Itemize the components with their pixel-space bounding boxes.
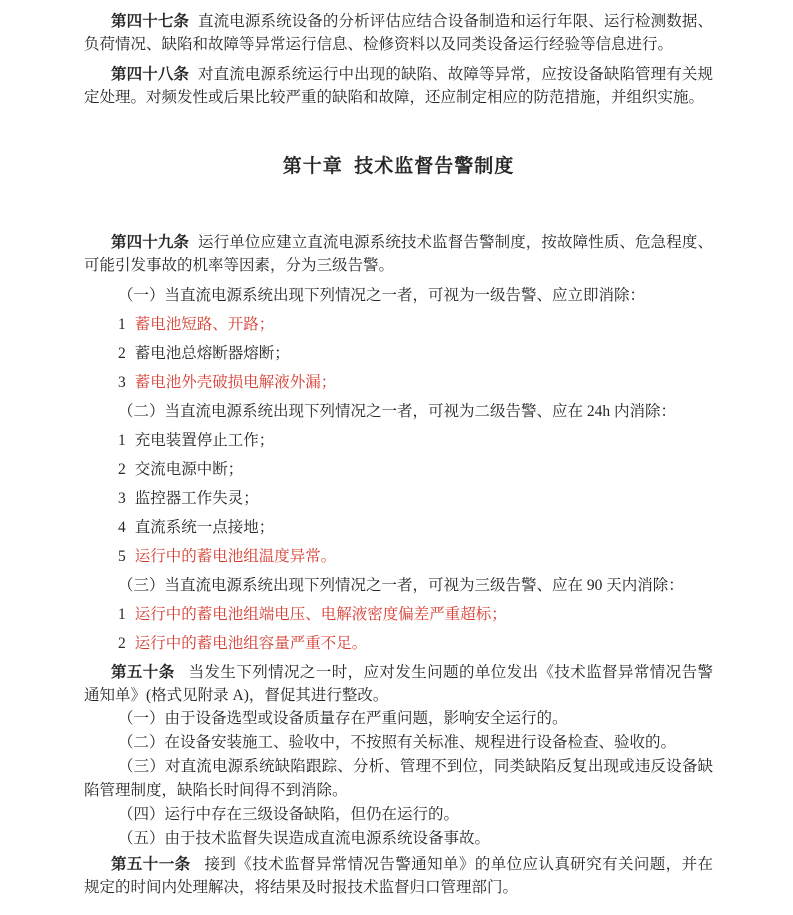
item-number: 5 [118,548,126,565]
article-50-sub-item-1: （一）由于设备选型或设备质量存在严重问题，影响安全运行的。 [84,707,713,731]
article-50-text: 当发生下列情况之一时，应对发生问题的单位发出《技术监督异常情况告警通知单》(格式… [84,664,713,704]
alert-level-3-intro: （三）当直流电源系统出现下列情况之一者，可视为三级告警、应在 90 天内消除： [84,574,713,597]
item-number: 1 [118,316,126,333]
alert-level-1-item-1: 1蓄电池短路、开路； [84,313,713,336]
item-number: 1 [118,432,126,449]
alert-level-2-item-4: 4直流系统一点接地； [84,516,713,539]
alert-level-3-item-1: 1运行中的蓄电池组端电压、电解液密度偏差严重超标； [84,603,713,626]
item-text: 蓄电池总熔断器熔断； [135,345,290,362]
alert-level-2-intro: （二）当直流电源系统出现下列情况之一者，可视为二级告警、应在 24h 内消除： [84,400,713,423]
alert-level-1-intro: （一）当直流电源系统出现下列情况之一者，可视为一级告警、应立即消除： [84,284,713,307]
item-text: 运行中的蓄电池组端电压、电解液密度偏差严重超标； [135,606,507,623]
article-47-paragraph: 第四十七条直流电源系统设备的分析评估应结合设备制造和运行年限、运行检测数据、负荷… [84,10,713,56]
alert-level-2-item-2: 2交流电源中断； [84,458,713,481]
article-48-paragraph: 第四十八条对直流电源系统运行中出现的缺陷、故障等异常，应按设备缺陷管理有关规定处… [84,63,713,109]
item-number: 3 [118,374,126,391]
item-number: 2 [118,635,126,652]
alert-level-2-item-5: 5运行中的蓄电池组温度异常。 [84,545,713,568]
alert-level-1-item-3: 3蓄电池外壳破损电解液外漏； [84,371,713,394]
item-text: 监控器工作失灵； [135,490,259,507]
item-text: 充电装置停止工作； [135,432,275,449]
item-text: 蓄电池短路、开路； [135,316,275,333]
item-text: 蓄电池外壳破损电解液外漏； [135,374,337,391]
item-number: 2 [118,345,126,362]
chapter-10-heading: 第十章 技术监督告警制度 [84,155,713,179]
article-49-label: 第四十九条 [111,234,189,251]
article-51-label: 第五十一条 [111,856,191,873]
article-50-paragraph: 第五十条当发生下列情况之一时，应对发生问题的单位发出《技术监督异常情况告警通知单… [84,661,713,707]
article-49-paragraph: 第四十九条运行单位应建立直流电源系统技术监督告警制度，按故障性质、危急程度、可能… [84,231,713,277]
item-number: 4 [118,519,126,536]
item-number: 2 [118,461,126,478]
item-number: 3 [118,490,126,507]
item-text: 交流电源中断； [135,461,244,478]
article-50-sub-item-3: （三）对直流电源系统缺陷跟踪、分析、管理不到位，同类缺陷反复出现或违反设备缺陷管… [84,755,713,803]
article-47-label: 第四十七条 [111,13,189,30]
article-48-label: 第四十八条 [111,66,189,83]
alert-level-2-item-1: 1充电装置停止工作； [84,429,713,452]
alert-level-1-item-2: 2蓄电池总熔断器熔断； [84,342,713,365]
article-50-label: 第五十条 [111,664,175,681]
alert-level-2-item-3: 3监控器工作失灵； [84,487,713,510]
article-50-sub-item-5: （五）由于技术监督失误造成直流电源系统设备事故。 [84,827,713,851]
article-51-paragraph: 第五十一条接到《技术监督异常情况告警通知单》的单位应认真研究有关问题，并在规定的… [84,853,713,899]
item-number: 1 [118,606,126,623]
item-text: 直流系统一点接地； [135,519,275,536]
article-50-sub-item-4: （四）运行中存在三级设备缺陷，但仍在运行的。 [84,803,713,827]
document-page: 第四十七条直流电源系统设备的分析评估应结合设备制造和运行年限、运行检测数据、负荷… [0,0,793,899]
article-50-sub-item-2: （二）在设备安装施工、验收中，不按照有关标准、规程进行设备检查、验收的。 [84,731,713,755]
item-text: 运行中的蓄电池组温度异常。 [135,548,337,565]
item-text: 运行中的蓄电池组容量严重不足。 [135,635,368,652]
alert-level-3-item-2: 2运行中的蓄电池组容量严重不足。 [84,632,713,655]
